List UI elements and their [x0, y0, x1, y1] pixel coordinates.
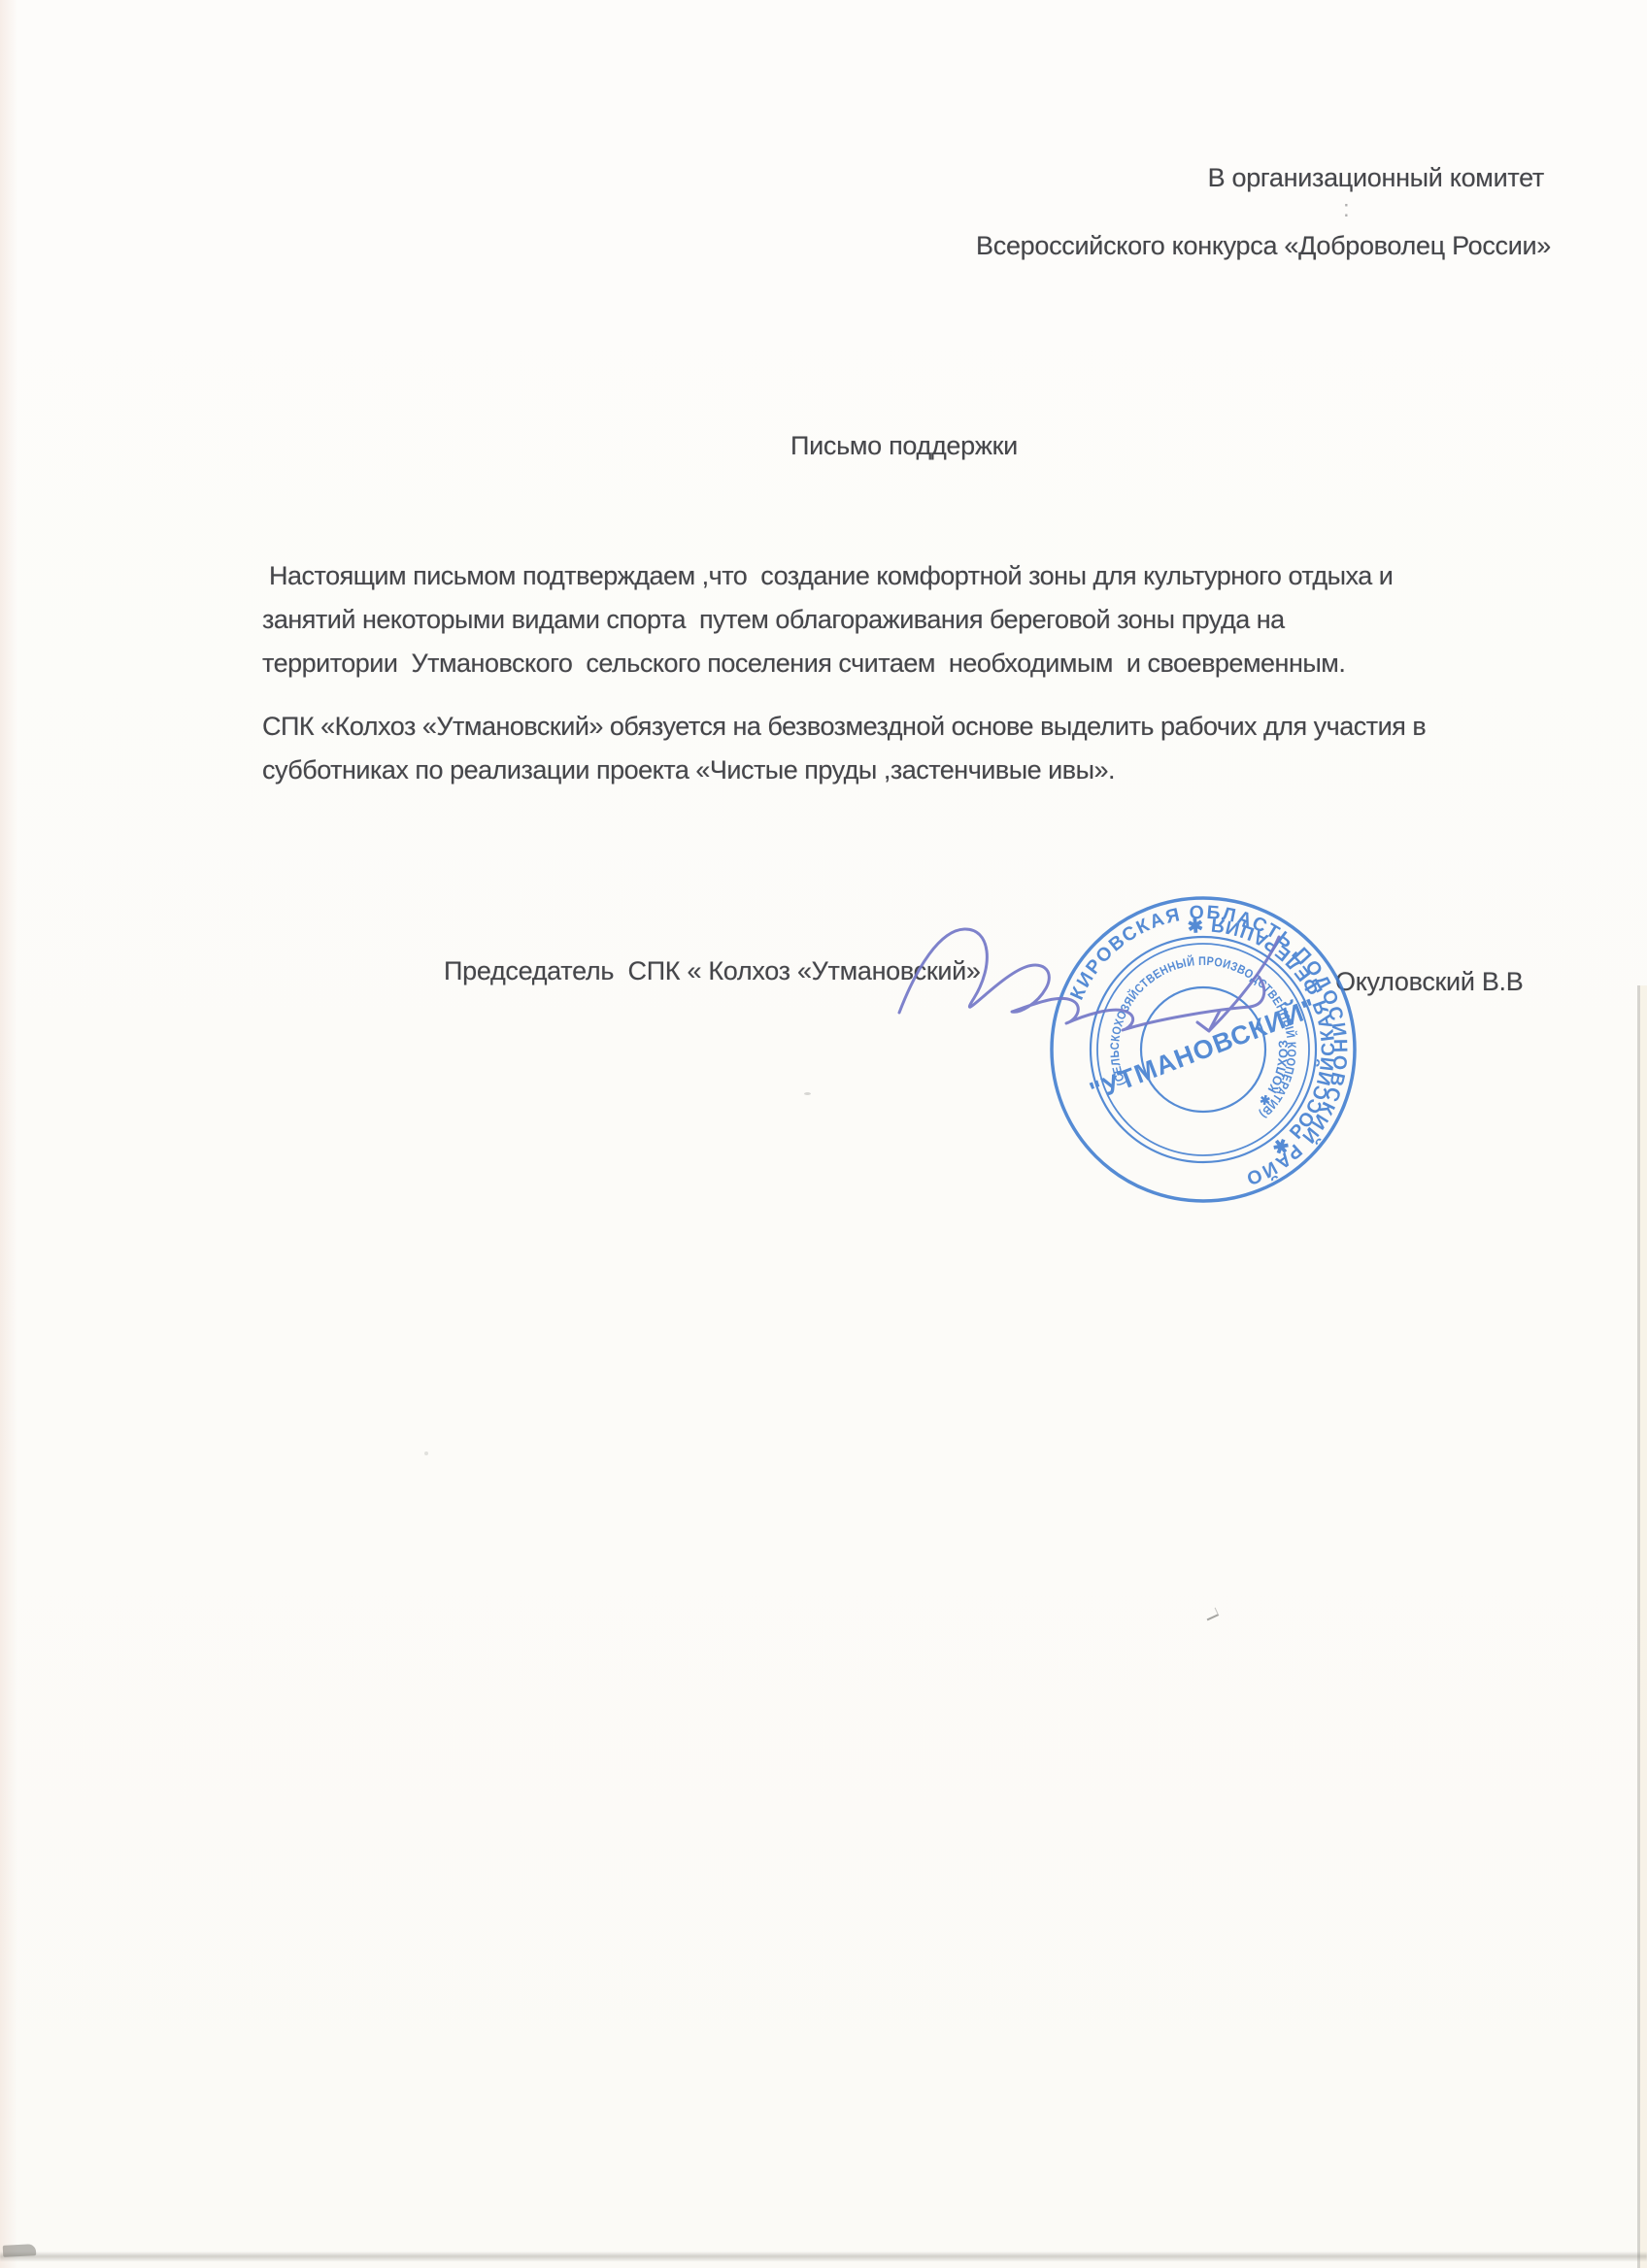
scan-edge-left [0, 0, 17, 2268]
recipient-line-2: Всероссийского конкурса «Доброволец Росс… [976, 229, 1551, 262]
document-title: Письмо поддержки [262, 424, 1546, 468]
paragraph-2-line-1: СПК «Колхоз «Утмановский» обязуется на б… [262, 705, 1426, 749]
scan-edge-bottom-wedge [3, 2244, 37, 2257]
scan-edge-right-line [1637, 985, 1640, 2268]
signature-main-stroke [899, 929, 1264, 1030]
scan-edge-bottom [0, 2251, 1647, 2261]
scan-edge-right-tint [1640, 985, 1647, 2268]
scan-speck [1204, 1608, 1220, 1621]
paragraph-1-line-3: территории Утмановского сельского поселе… [262, 642, 1393, 685]
scan-speck [424, 1451, 428, 1455]
handwritten-signature [874, 908, 1301, 1049]
recipient-line-1: В организационный комитет [1208, 161, 1544, 194]
signature-flourish-stroke [1197, 937, 1279, 1031]
paragraph-2-line-2: субботниках по реализации проекта «Чисты… [262, 749, 1426, 792]
paragraph-2: СПК «Колхоз «Утмановский» обязуется на б… [262, 705, 1426, 792]
paragraph-1-line-1: Настоящим письмом подтверждаем ,что созд… [262, 554, 1393, 598]
scan-artifact-colon: : [1343, 196, 1350, 223]
paragraph-1-line-2: занятий некоторыми видами спорта путем о… [262, 598, 1393, 642]
letter-page: В организационный комитет : Всероссийско… [0, 0, 1647, 2268]
paragraph-1: Настоящим письмом подтверждаем ,что созд… [262, 554, 1393, 685]
scan-speck [804, 1092, 811, 1095]
